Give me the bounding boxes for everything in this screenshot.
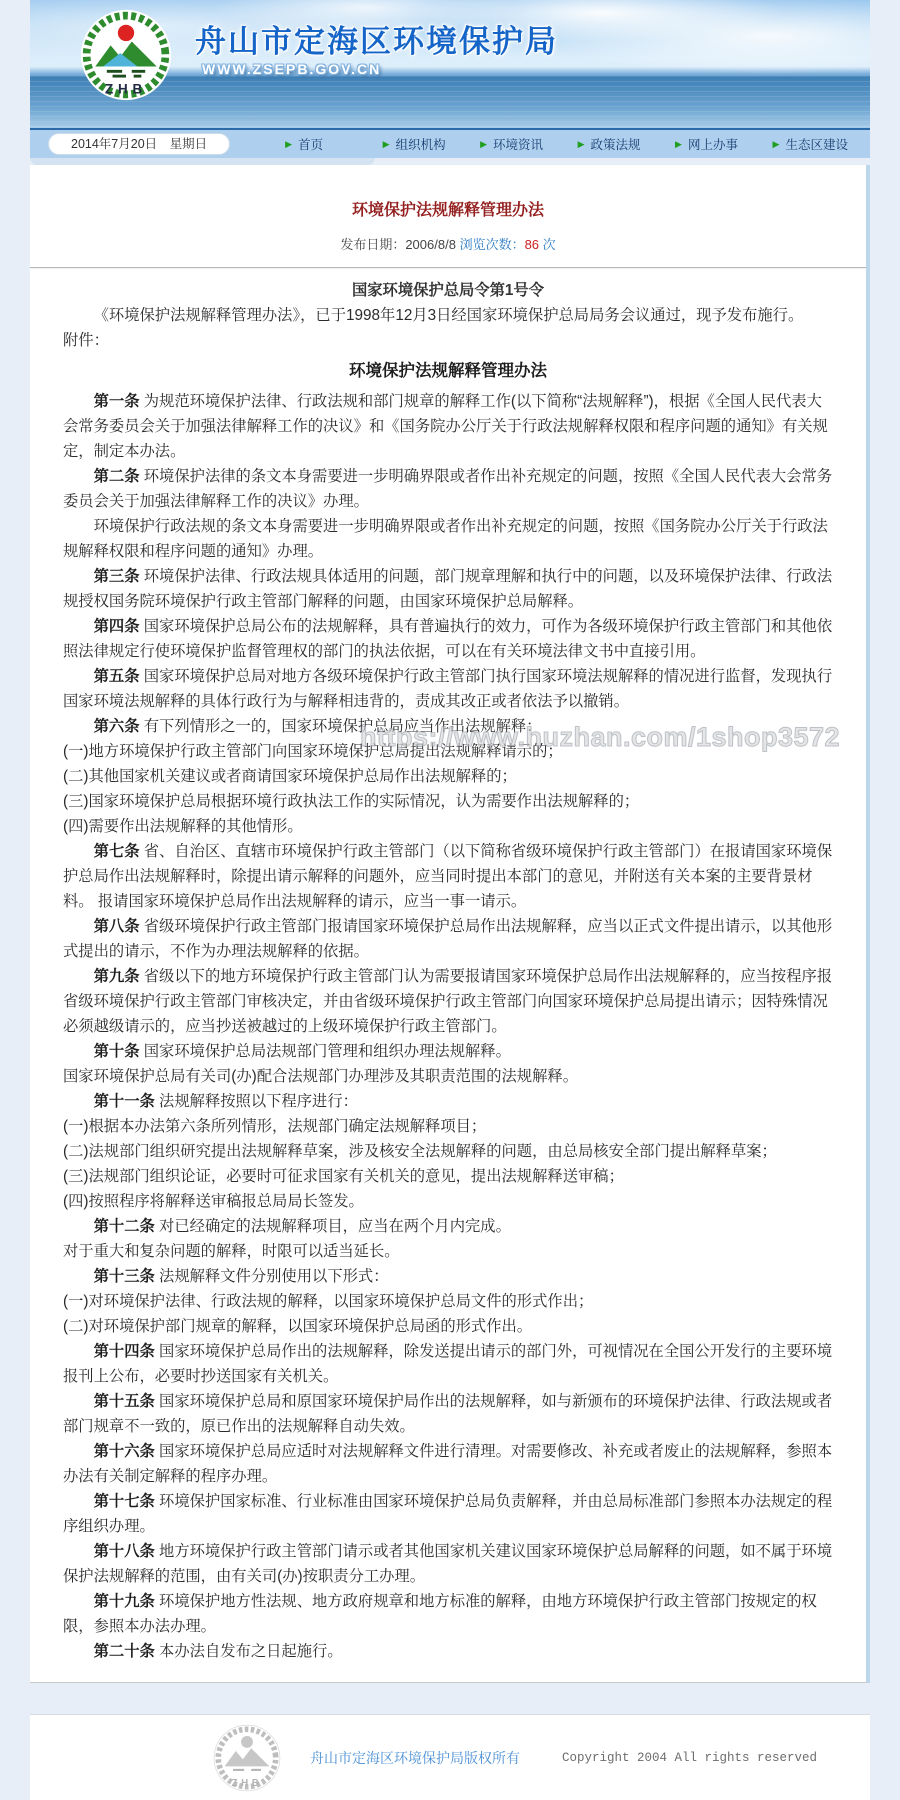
article-paragraph: 第十五条 国家环境保护总局和原国家环境保护局作出的法规解释，如与新颁布的环境保护…	[63, 1389, 833, 1439]
nav-item-label: 生态区建设	[785, 135, 848, 153]
date-display: 2014年7月20日 星期日	[48, 133, 230, 155]
article-paragraph: 国家环境保护总局有关司(办)配合法规部门办理涉及其职责范围的法规解释。	[63, 1064, 833, 1089]
article-paragraph: (一)根据本办法第六条所列情形，法规部门确定法规解释项目；	[63, 1114, 833, 1139]
article-paragraph: 第十六条 国家环境保护总局应适时对法规解释文件进行清理。对需要修改、补充或者废止…	[63, 1439, 833, 1489]
nav-arrow-icon: ▶	[285, 140, 292, 149]
page: ZHB 舟山市定海区环境保护局 WWW.ZSEPB.GOV.CN 2014年7月…	[30, 0, 870, 1800]
nav-item-label: 环境资讯	[493, 135, 543, 153]
article-paragraph: 第六条 有下列情形之一的，国家环境保护总局应当作出法规解释：	[63, 714, 833, 739]
publish-date-label: 发布日期：	[340, 237, 405, 252]
article-paragraph: 第五条 国家环境保护总局对地方各级环境保护行政主管部门执行国家环境法规解释的情况…	[63, 664, 833, 714]
article-paragraph: 《环境保护法规解释管理办法》，已于1998年12月3日经国家环境保护总局局务会议…	[63, 303, 833, 328]
article-paragraph: 第三条 环境保护法律、行政法规具体适用的问题，部门规章理解和执行中的问题，以及环…	[63, 564, 833, 614]
nav-item-label: 网上办事	[688, 135, 738, 153]
article-paragraph: 第十八条 地方环境保护行政主管部门请示或者其他国家机关建议国家环境保护总局解释的…	[63, 1539, 833, 1589]
meta-divider	[30, 267, 866, 268]
views-count: 86	[525, 237, 539, 252]
article-paragraph: 第一条 为规范环境保护法律、行政法规和部门规章的解释工作(以下简称“法规解释”)…	[63, 389, 833, 464]
article-paragraph: 第十七条 环境保护国家标准、行业标准由国家环境保护总局负责解释，并由总局标准部门…	[63, 1489, 833, 1539]
nav-item-eco[interactable]: ▶生态区建设	[773, 135, 870, 153]
nav-item-label: 首页	[298, 135, 323, 153]
article-paragraph: (二)其他国家机关建议或者商请国家环境保护总局作出法规解释的；	[63, 764, 833, 789]
footer-copyright-en: Copyright 2004 All rights reserved	[562, 1751, 817, 1765]
article-paragraph: 附件：	[63, 328, 833, 353]
nav-item-label: 政策法规	[591, 135, 641, 153]
navbar-shadow	[30, 158, 375, 165]
site-url[interactable]: WWW.ZSEPB.GOV.CN	[202, 61, 381, 77]
article-title: 环境保护法规解释管理办法	[63, 197, 833, 220]
epa-logo-icon: ZHB	[78, 7, 174, 103]
article-paragraph: 第十三条 法规解释文件分别使用以下形式：	[63, 1264, 833, 1289]
nav-menu: ▶首页▶组织机构▶环境资讯▶政策法规▶网上办事▶生态区建设	[285, 135, 870, 153]
nav-arrow-icon: ▶	[773, 140, 780, 149]
nav-item-org[interactable]: ▶组织机构	[383, 135, 480, 153]
article-paragraph: 国家环境保护总局令第1号令	[63, 278, 833, 303]
article-heading: 环境保护法规解释管理办法	[63, 356, 833, 386]
site-title: 舟山市定海区环境保护局	[195, 16, 558, 61]
article-paragraph: (三)法规部门组织论证，必要时可征求国家有关机关的意见，提出法规解释送审稿；	[63, 1164, 833, 1189]
article-paragraph: (二)法规部门组织研究提出法规解释草案，涉及核安全法规解释的问题，由总局核安全部…	[63, 1139, 833, 1164]
footer-gap	[30, 1683, 870, 1714]
article-paragraph: 第七条 省、自治区、直辖市环境保护行政主管部门（以下简称省级环境保护行政主管部门…	[63, 839, 833, 914]
nav-arrow-icon: ▶	[578, 140, 585, 149]
publish-date-value: 2006/8/8	[405, 237, 456, 252]
article-paragraph: 第八条 省级环境保护行政主管部门报请国家环境保护总局作出法规解释，应当以正式文件…	[63, 914, 833, 964]
footer-copyright-cn: 舟山市定海区环境保护局版权所有	[310, 1748, 520, 1768]
site-banner: ZHB 舟山市定海区环境保护局 WWW.ZSEPB.GOV.CN	[30, 0, 870, 128]
footer-epa-logo-icon: ZHB	[212, 1723, 282, 1793]
article-paragraph: 第十九条 环境保护地方性法规、地方政府规章和地方标准的解释，由地方环境保护行政主…	[63, 1589, 833, 1639]
article-paragraph: (一)地方环境保护行政主管部门向国家环境保护总局提出法规解释请示的；	[63, 739, 833, 764]
article-paragraph: (一)对环境保护法律、行政法规的解释，以国家环境保护总局文件的形式作出；	[63, 1289, 833, 1314]
nav-arrow-icon: ▶	[675, 140, 682, 149]
article-paragraph: 第十条 国家环境保护总局法规部门管理和组织办理法规解释。	[63, 1039, 833, 1064]
article-body: 国家环境保护总局令第1号令《环境保护法规解释管理办法》，已于1998年12月3日…	[63, 278, 833, 1664]
article-paragraph: 第四条 国家环境保护总局公布的法规解释，具有普遍执行的效力，可作为各级环境保护行…	[63, 614, 833, 664]
article-paragraph: 第二十条 本办法自发布之日起施行。	[63, 1639, 833, 1664]
article-page: 环境保护法规解释管理办法 发布日期：2006/8/8 浏览次数：86 次 国家环…	[30, 165, 870, 1683]
views-label: 浏览次数：	[460, 237, 525, 252]
article-paragraph: 对于重大和复杂问题的解释，时限可以适当延长。	[63, 1239, 833, 1264]
nav-item-label: 组织机构	[396, 135, 446, 153]
article-paragraph: 环境保护行政法规的条文本身需要进一步明确界限或者作出补充规定的问题，按照《国务院…	[63, 514, 833, 564]
article-paragraph: (三)国家环境保护总局根据环境行政执法工作的实际情况，认为需要作出法规解释的；	[63, 789, 833, 814]
nav-item-news[interactable]: ▶环境资讯	[480, 135, 577, 153]
article-paragraph: 第十四条 国家环境保护总局作出的法规解释，除发送提出请示的部门外，可视情况在全国…	[63, 1339, 833, 1389]
article-paragraph: (四)按照程序将解释送审稿报总局局长签发。	[63, 1189, 833, 1214]
article-meta: 发布日期：2006/8/8 浏览次数：86 次	[63, 234, 833, 253]
nav-item-online[interactable]: ▶网上办事	[675, 135, 772, 153]
main-navbar: 2014年7月20日 星期日 ▶首页▶组织机构▶环境资讯▶政策法规▶网上办事▶生…	[30, 128, 870, 158]
nav-item-home[interactable]: ▶首页	[285, 135, 382, 153]
svg-text:ZHB: ZHB	[105, 81, 147, 96]
article-paragraph: 第十一条 法规解释按照以下程序进行：	[63, 1089, 833, 1114]
article-paragraph: 第十二条 对已经确定的法规解释项目，应当在两个月内完成。	[63, 1214, 833, 1239]
nav-arrow-icon: ▶	[480, 140, 487, 149]
article-paragraph: 第二条 环境保护法律的条文本身需要进一步明确界限或者作出补充规定的问题，按照《全…	[63, 464, 833, 514]
article-paragraph: 第九条 省级以下的地方环境保护行政主管部门认为需要报请国家环境保护总局作出法规解…	[63, 964, 833, 1039]
article-paragraph: (四)需要作出法规解释的其他情形。	[63, 814, 833, 839]
nav-arrow-icon: ▶	[383, 140, 390, 149]
views-unit: 次	[543, 237, 556, 252]
svg-text:ZHB: ZHB	[232, 1778, 263, 1789]
article-paragraph: (二)对环境保护部门规章的解释，以国家环境保护总局函的形式作出。	[63, 1314, 833, 1339]
nav-item-policy[interactable]: ▶政策法规	[578, 135, 675, 153]
page-footer: ZHB 舟山市定海区环境保护局版权所有 Copyright 2004 All r…	[30, 1714, 870, 1800]
